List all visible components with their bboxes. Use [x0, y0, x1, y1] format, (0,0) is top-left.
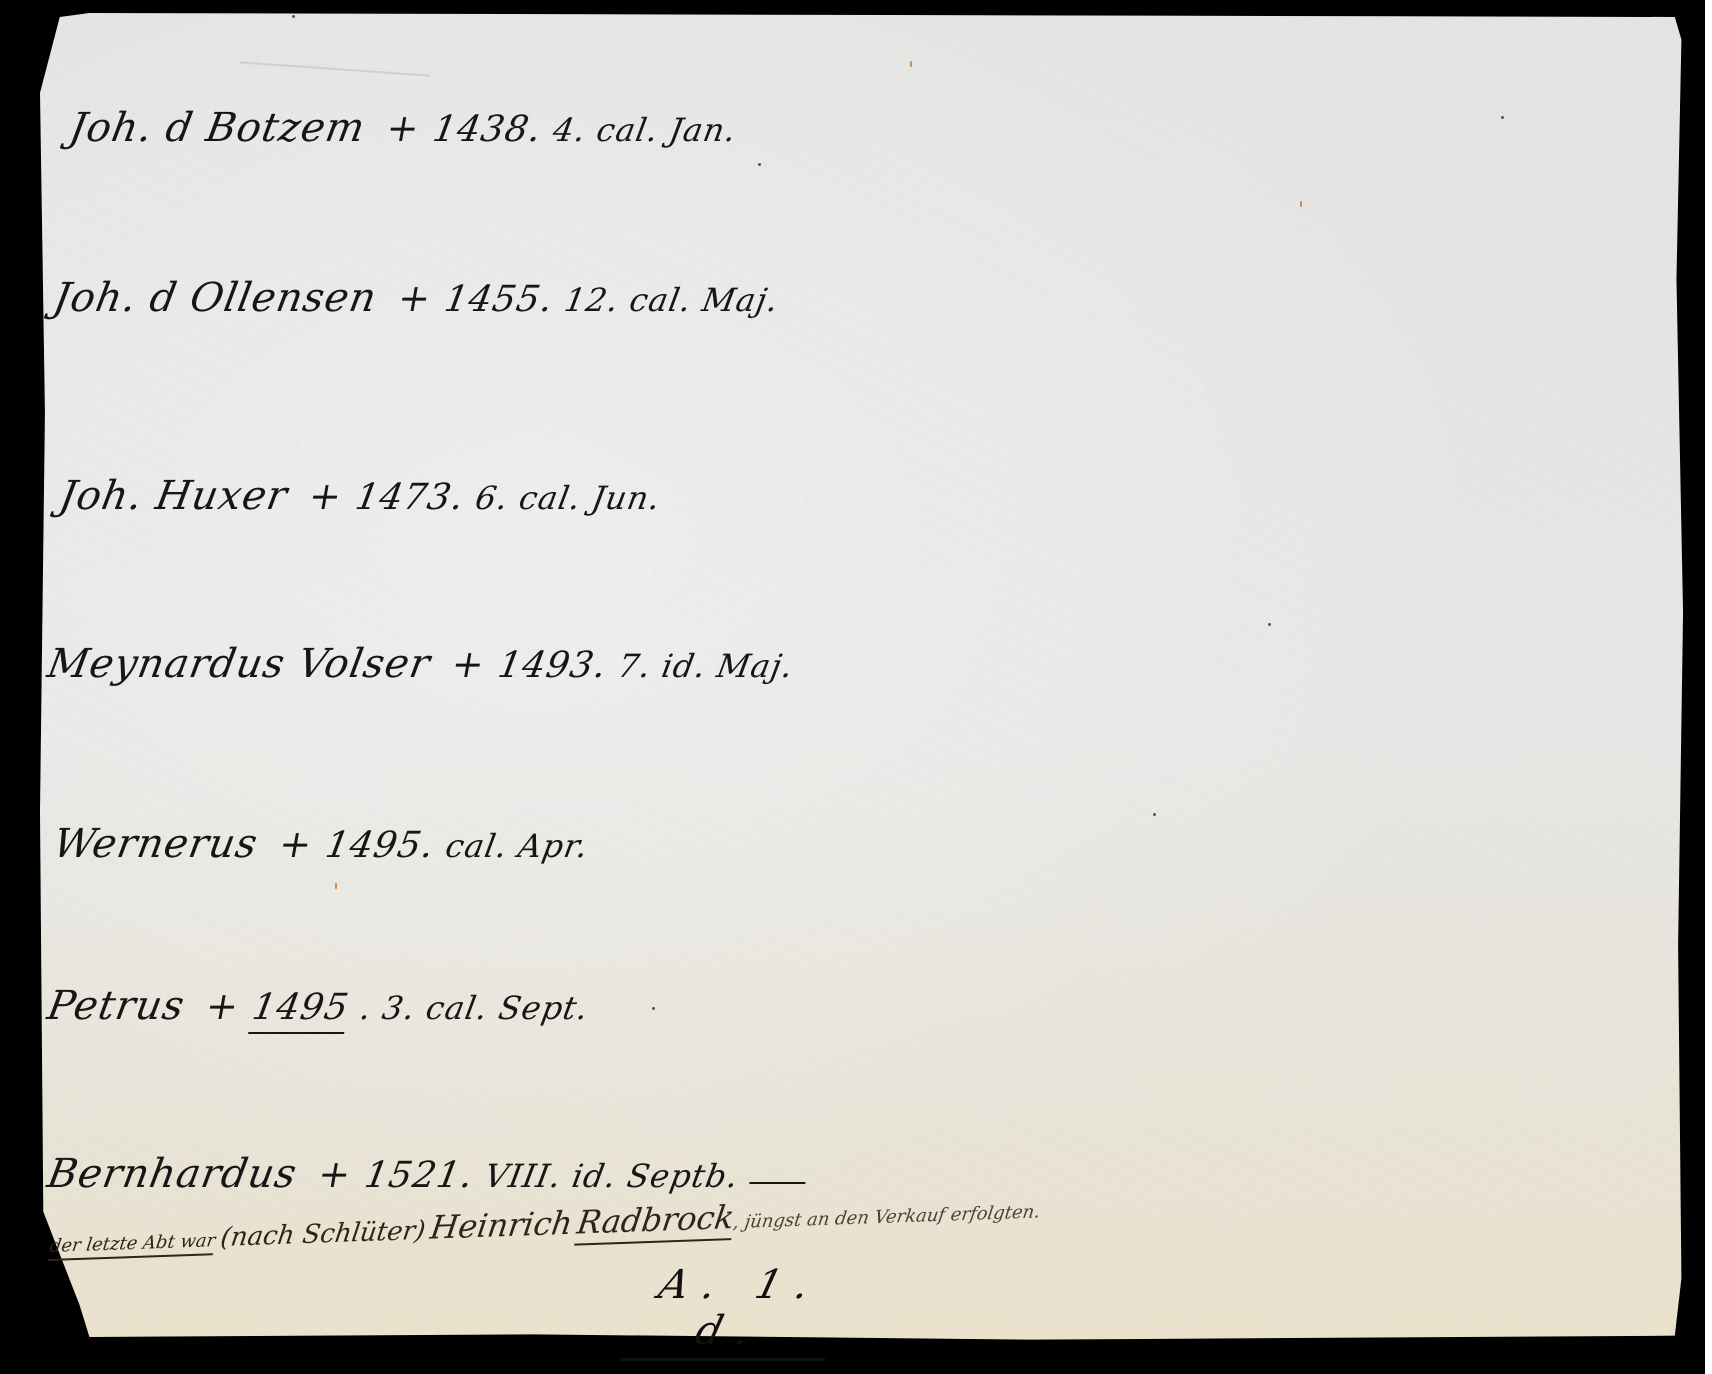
entry-row: Bernhardus+1521.VIII. id. Septb.: [44, 1151, 811, 1197]
entry-name: Joh. d Ollensen: [50, 275, 381, 321]
foxing-mark: [910, 61, 912, 67]
entry-date: 12. cal. Maj.: [562, 281, 782, 319]
death-cross-icon: +: [305, 474, 346, 518]
paper-speck: [652, 1007, 655, 1010]
manuscript-page: Joh. d Botzem+1438.4. cal. Jan. Joh. d O…: [40, 13, 1688, 1345]
note-text-3: Heinrich: [428, 1204, 575, 1247]
entry-row: Wernerus+1495.cal. Apr.: [50, 821, 593, 867]
entry-row: Joh. d Ollensen+1455.12. cal. Maj.: [50, 275, 783, 321]
entry-date: 6. cal. Jun.: [473, 479, 664, 517]
faint-pencil-mark: [240, 61, 430, 76]
paper-speck: [292, 15, 295, 18]
entry-year-underlined: 1495: [248, 987, 352, 1034]
entry-year: 1455.: [441, 279, 556, 320]
death-cross-icon: +: [202, 984, 243, 1028]
entry-row: Joh. Huxer+1473.6. cal. Jun.: [56, 473, 665, 519]
death-cross-icon: +: [395, 276, 436, 320]
entry-year: 1473.: [352, 477, 467, 518]
death-cross-icon: +: [383, 106, 424, 150]
entry-name: Joh. d Botzem: [66, 105, 369, 151]
paper-speck: [1501, 116, 1504, 119]
entry-date: . 3. cal. Sept.: [357, 989, 592, 1027]
signature: A. 1. d.: [620, 1262, 850, 1361]
entry-row: Petrus+1495. 3. cal. Sept.: [44, 983, 593, 1029]
entry-date: 7. id. Maj.: [615, 647, 796, 685]
entry-year: 1438.: [430, 109, 545, 150]
death-cross-icon: +: [276, 822, 317, 866]
death-cross-icon: +: [315, 1152, 356, 1196]
entry-name: Joh. Huxer: [56, 473, 291, 519]
foxing-mark: [335, 883, 337, 889]
entry-name: Petrus: [44, 983, 188, 1029]
entry-year: 1495.: [322, 825, 437, 866]
entry-date: VIII. id. Septb.: [482, 1157, 742, 1195]
entry-year: 1493.: [495, 645, 610, 686]
entry-date: cal. Apr.: [443, 827, 592, 865]
scan-border-strip: [1705, 0, 1712, 1374]
entry-name: Wernerus: [50, 821, 262, 867]
entry-row: Meynardus Volser+1493.7. id. Maj.: [44, 641, 798, 687]
note-name-underlined: Radbrock: [574, 1198, 737, 1246]
death-cross-icon: +: [448, 642, 489, 686]
entry-name: Bernhardus: [44, 1151, 301, 1197]
entry-date: 4. cal. Jan.: [550, 111, 740, 149]
note-text-2: (nach Schlüter): [219, 1216, 428, 1253]
paper-speck: [758, 163, 761, 166]
end-dash: [749, 1182, 805, 1184]
entry-year: 1521.: [362, 1155, 477, 1196]
paper-speck: [1153, 813, 1156, 816]
entry-name: Meynardus Volser: [44, 641, 434, 687]
foxing-mark: [1300, 201, 1302, 207]
entry-row: Joh. d Botzem+1438.4. cal. Jan.: [66, 105, 741, 151]
paper-speck: [1268, 623, 1271, 626]
